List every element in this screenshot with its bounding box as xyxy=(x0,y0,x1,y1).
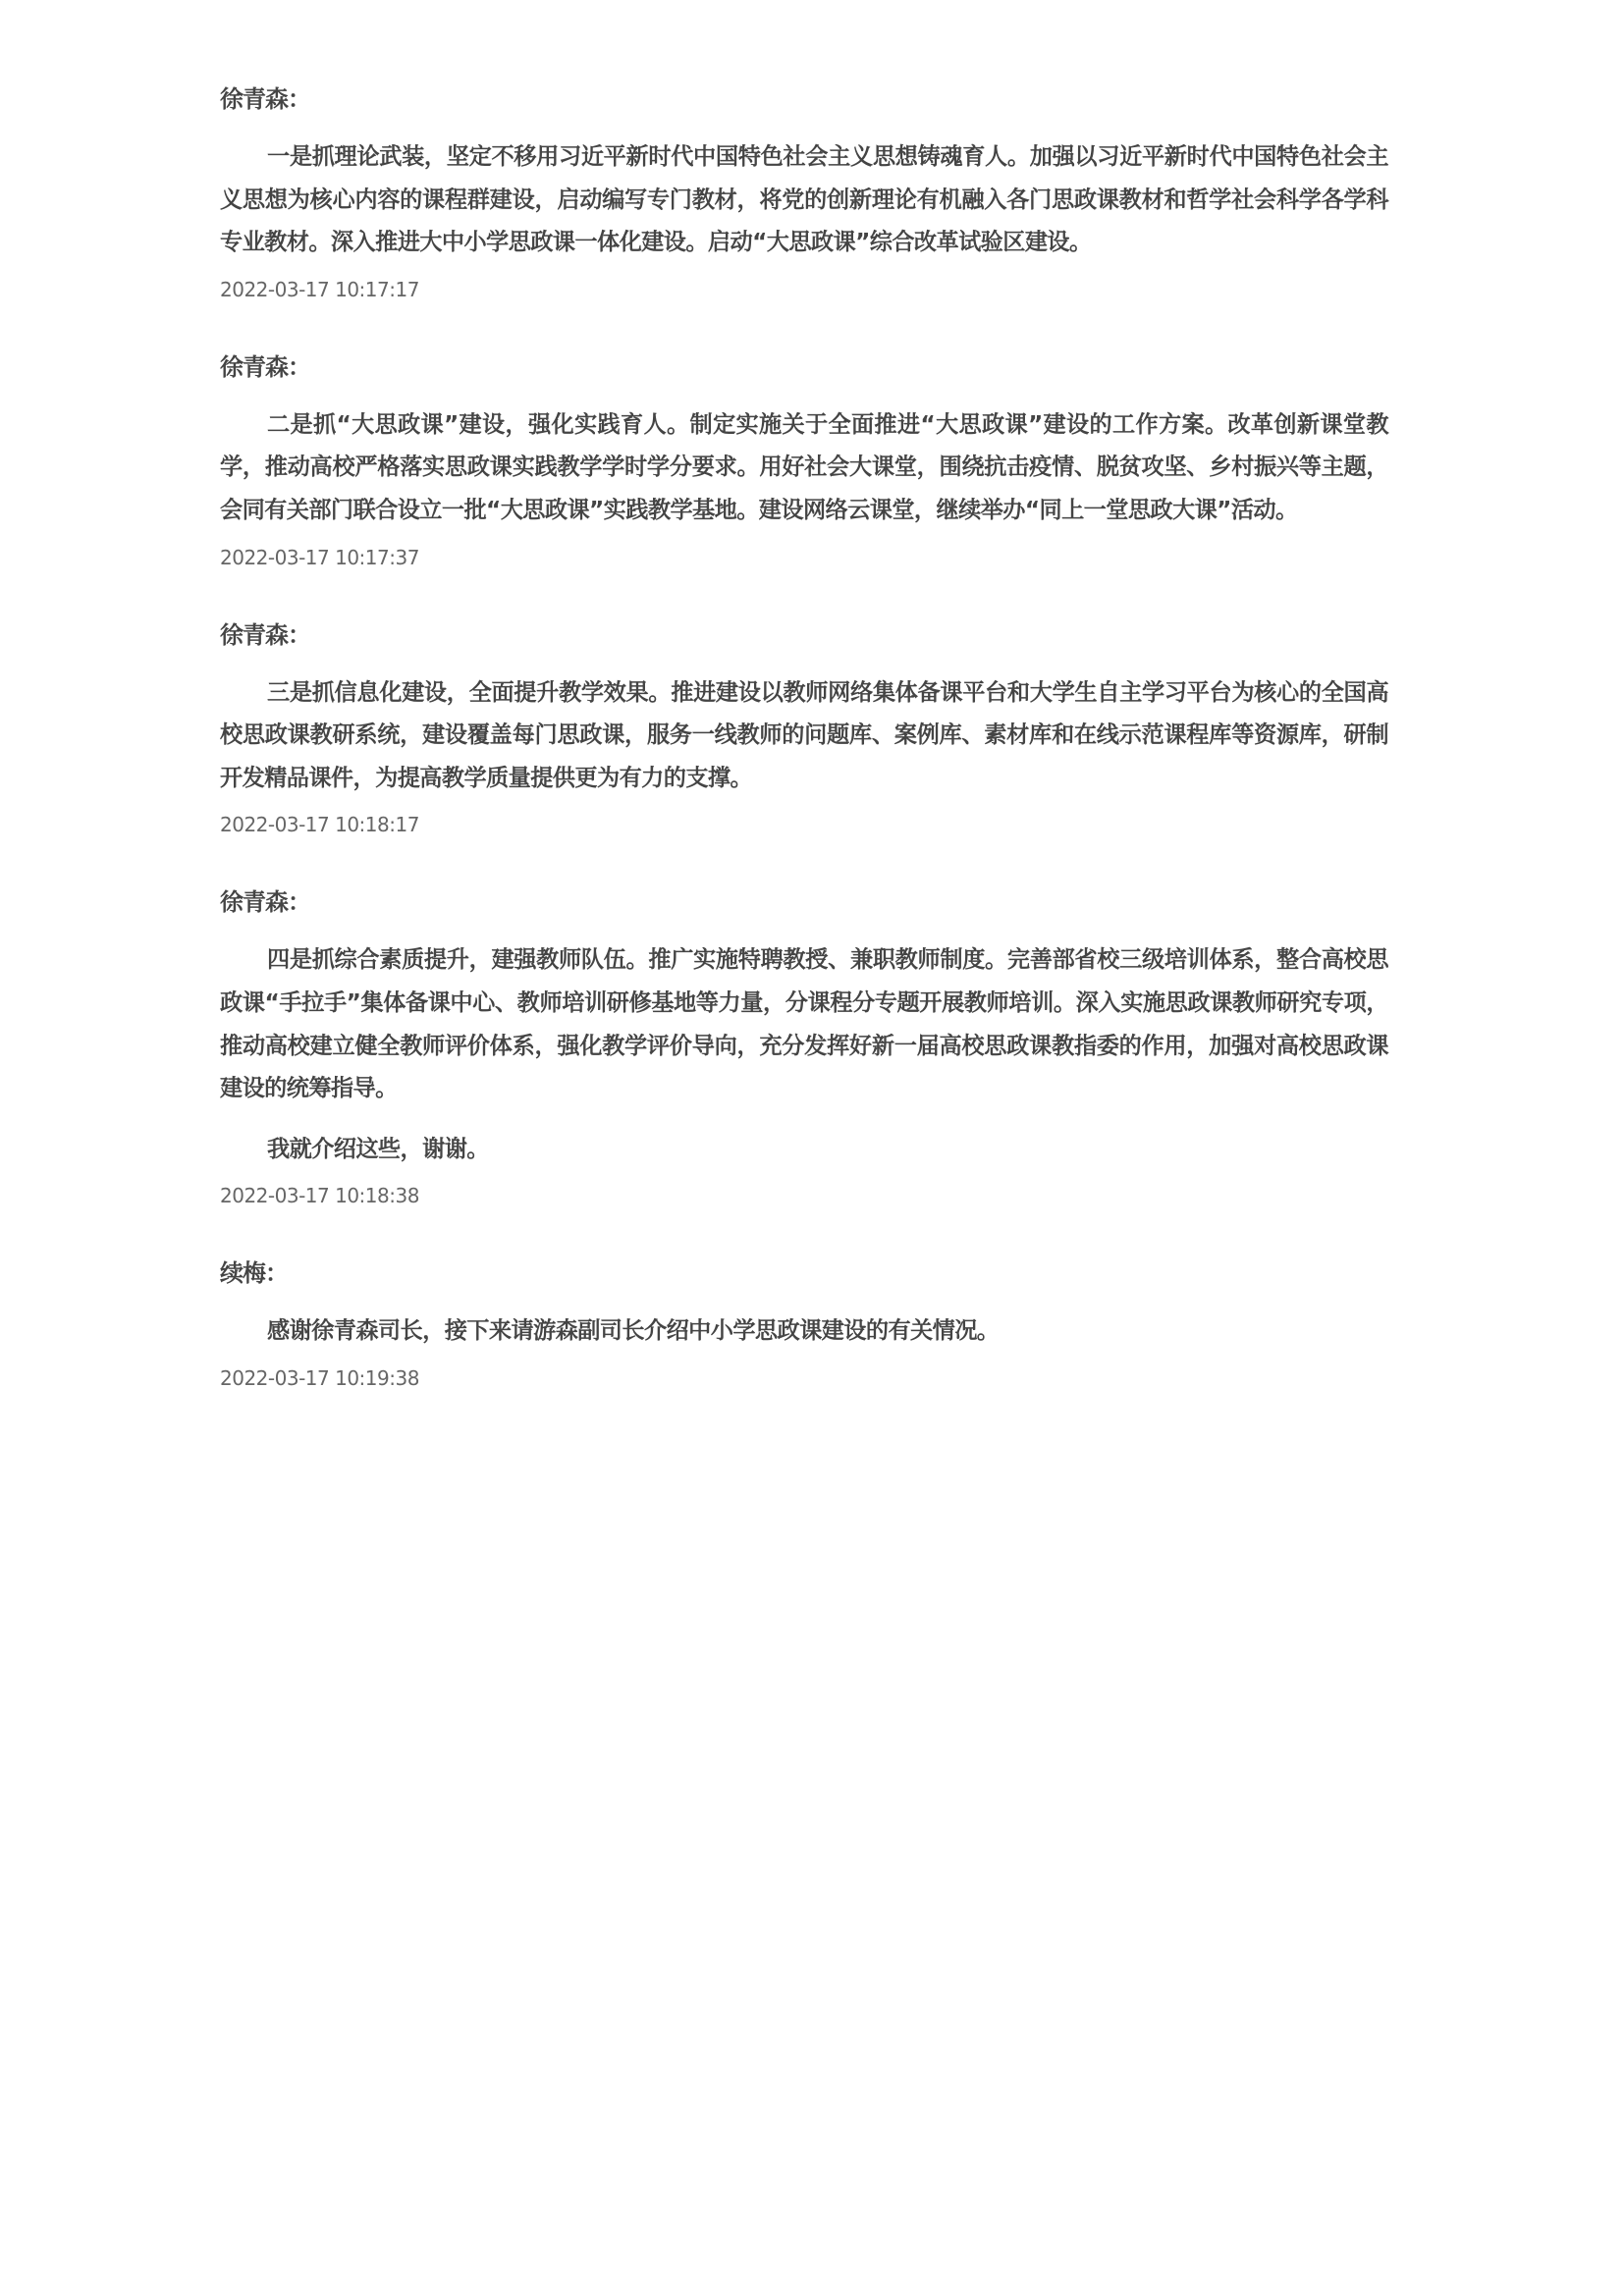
timestamp: 2022-03-17 10:18:38 xyxy=(220,1182,1388,1209)
transcript-entry: 徐青森： 三是抓信息化建设，全面提升教学效果。推进建设以教师网络集体备课平台和大… xyxy=(220,620,1388,839)
transcript-entry: 续梅： 感谢徐青森司长，接下来请游森副司长介绍中小学思政课建设的有关情况。 20… xyxy=(220,1258,1388,1392)
speech-paragraph: 二是抓“大思政课”建设，强化实践育人。制定实施关于全面推进“大思政课”建设的工作… xyxy=(220,403,1388,532)
timestamp: 2022-03-17 10:17:17 xyxy=(220,276,1388,303)
speech-paragraph: 四是抓综合素质提升，建强教师队伍。推广实施特聘教授、兼职教师制度。完善部省校三级… xyxy=(220,938,1388,1109)
speech-paragraph: 一是抓理论武装，坚定不移用习近平新时代中国特色社会主义思想铸魂育人。加强以习近平… xyxy=(220,135,1388,264)
speaker-name: 徐青森： xyxy=(220,84,1388,114)
speaker-name: 续梅： xyxy=(220,1258,1388,1288)
speech-paragraph: 三是抓信息化建设，全面提升教学效果。推进建设以教师网络集体备课平台和大学生自主学… xyxy=(220,671,1388,800)
timestamp: 2022-03-17 10:19:38 xyxy=(220,1364,1388,1392)
transcript-entry: 徐青森： 一是抓理论武装，坚定不移用习近平新时代中国特色社会主义思想铸魂育人。加… xyxy=(220,84,1388,303)
transcript-entry: 徐青森： 四是抓综合素质提升，建强教师队伍。推广实施特聘教授、兼职教师制度。完善… xyxy=(220,887,1388,1209)
speaker-name: 徐青森： xyxy=(220,352,1388,382)
speaker-name: 徐青森： xyxy=(220,887,1388,917)
timestamp: 2022-03-17 10:18:17 xyxy=(220,811,1388,838)
timestamp: 2022-03-17 10:17:37 xyxy=(220,544,1388,571)
transcript-entry: 徐青森： 二是抓“大思政课”建设，强化实践育人。制定实施关于全面推进“大思政课”… xyxy=(220,352,1388,571)
speech-paragraph: 我就介绍这些，谢谢。 xyxy=(220,1128,1388,1171)
transcript: 徐青森： 一是抓理论武装，坚定不移用习近平新时代中国特色社会主义思想铸魂育人。加… xyxy=(220,84,1388,1441)
speech-paragraph: 感谢徐青森司长，接下来请游森副司长介绍中小学思政课建设的有关情况。 xyxy=(220,1309,1388,1353)
speaker-name: 徐青森： xyxy=(220,620,1388,650)
